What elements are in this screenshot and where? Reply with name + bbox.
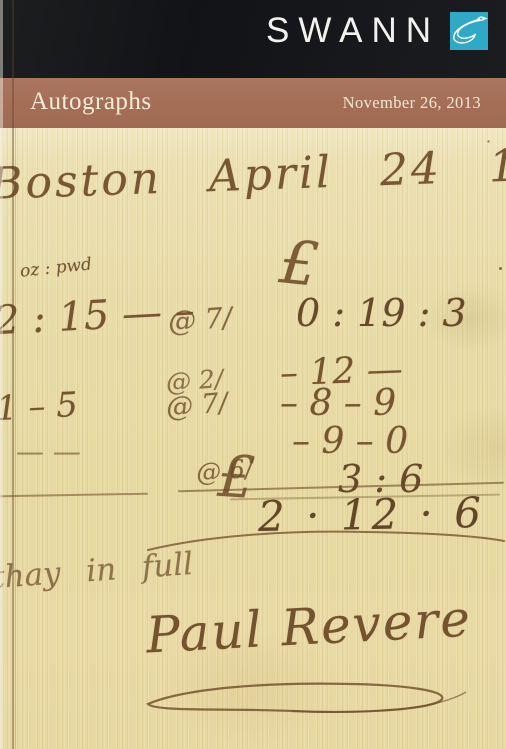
document-scan: · Boston April 24 1795 oz : pwd £ 2 : 15…: [0, 128, 506, 749]
catalog-cover: SWANN Autographs November 26, 2013 · Bos…: [0, 0, 506, 749]
closing-line: thay in full: [0, 549, 194, 594]
paul-revere-signature: Paul Revere: [145, 594, 473, 661]
spine-fold-line-faint: [15, 128, 16, 749]
ledger-row-amount: 0 : 19 : 3: [296, 294, 467, 332]
swan-s-icon: [450, 12, 488, 50]
ledger-row-amount: – 9 – 0: [292, 424, 408, 460]
sale-banner: Autographs November 26, 2013: [0, 78, 506, 128]
total-underline-flourish: [146, 526, 506, 556]
ledger-row-rate: @ 7/: [165, 389, 229, 421]
ledger-row-weight: 2 : 15 — –: [0, 291, 196, 341]
catalog-title: Autographs: [30, 89, 152, 114]
swann-logo: [450, 12, 488, 50]
sale-date: November 26, 2013: [343, 95, 481, 112]
masthead: SWANN: [0, 0, 506, 78]
ledger-row-rate: @ 7/: [167, 304, 233, 336]
ledger-row-amount: – 8 – 9: [280, 386, 396, 422]
brand-wordmark: SWANN: [266, 13, 440, 48]
unit-label: oz : pwd: [19, 256, 92, 280]
ledger-row-dashes: — —: [16, 438, 81, 466]
handwritten-dateline: Boston April 24 1795: [0, 141, 506, 207]
left-margin-rule: [0, 493, 148, 498]
ink-speck: [499, 267, 502, 270]
scan-left-edge: [0, 0, 3, 749]
pound-sign: £: [277, 232, 321, 296]
signature-flourish: [140, 676, 470, 722]
spine-fold-line: [12, 0, 14, 749]
